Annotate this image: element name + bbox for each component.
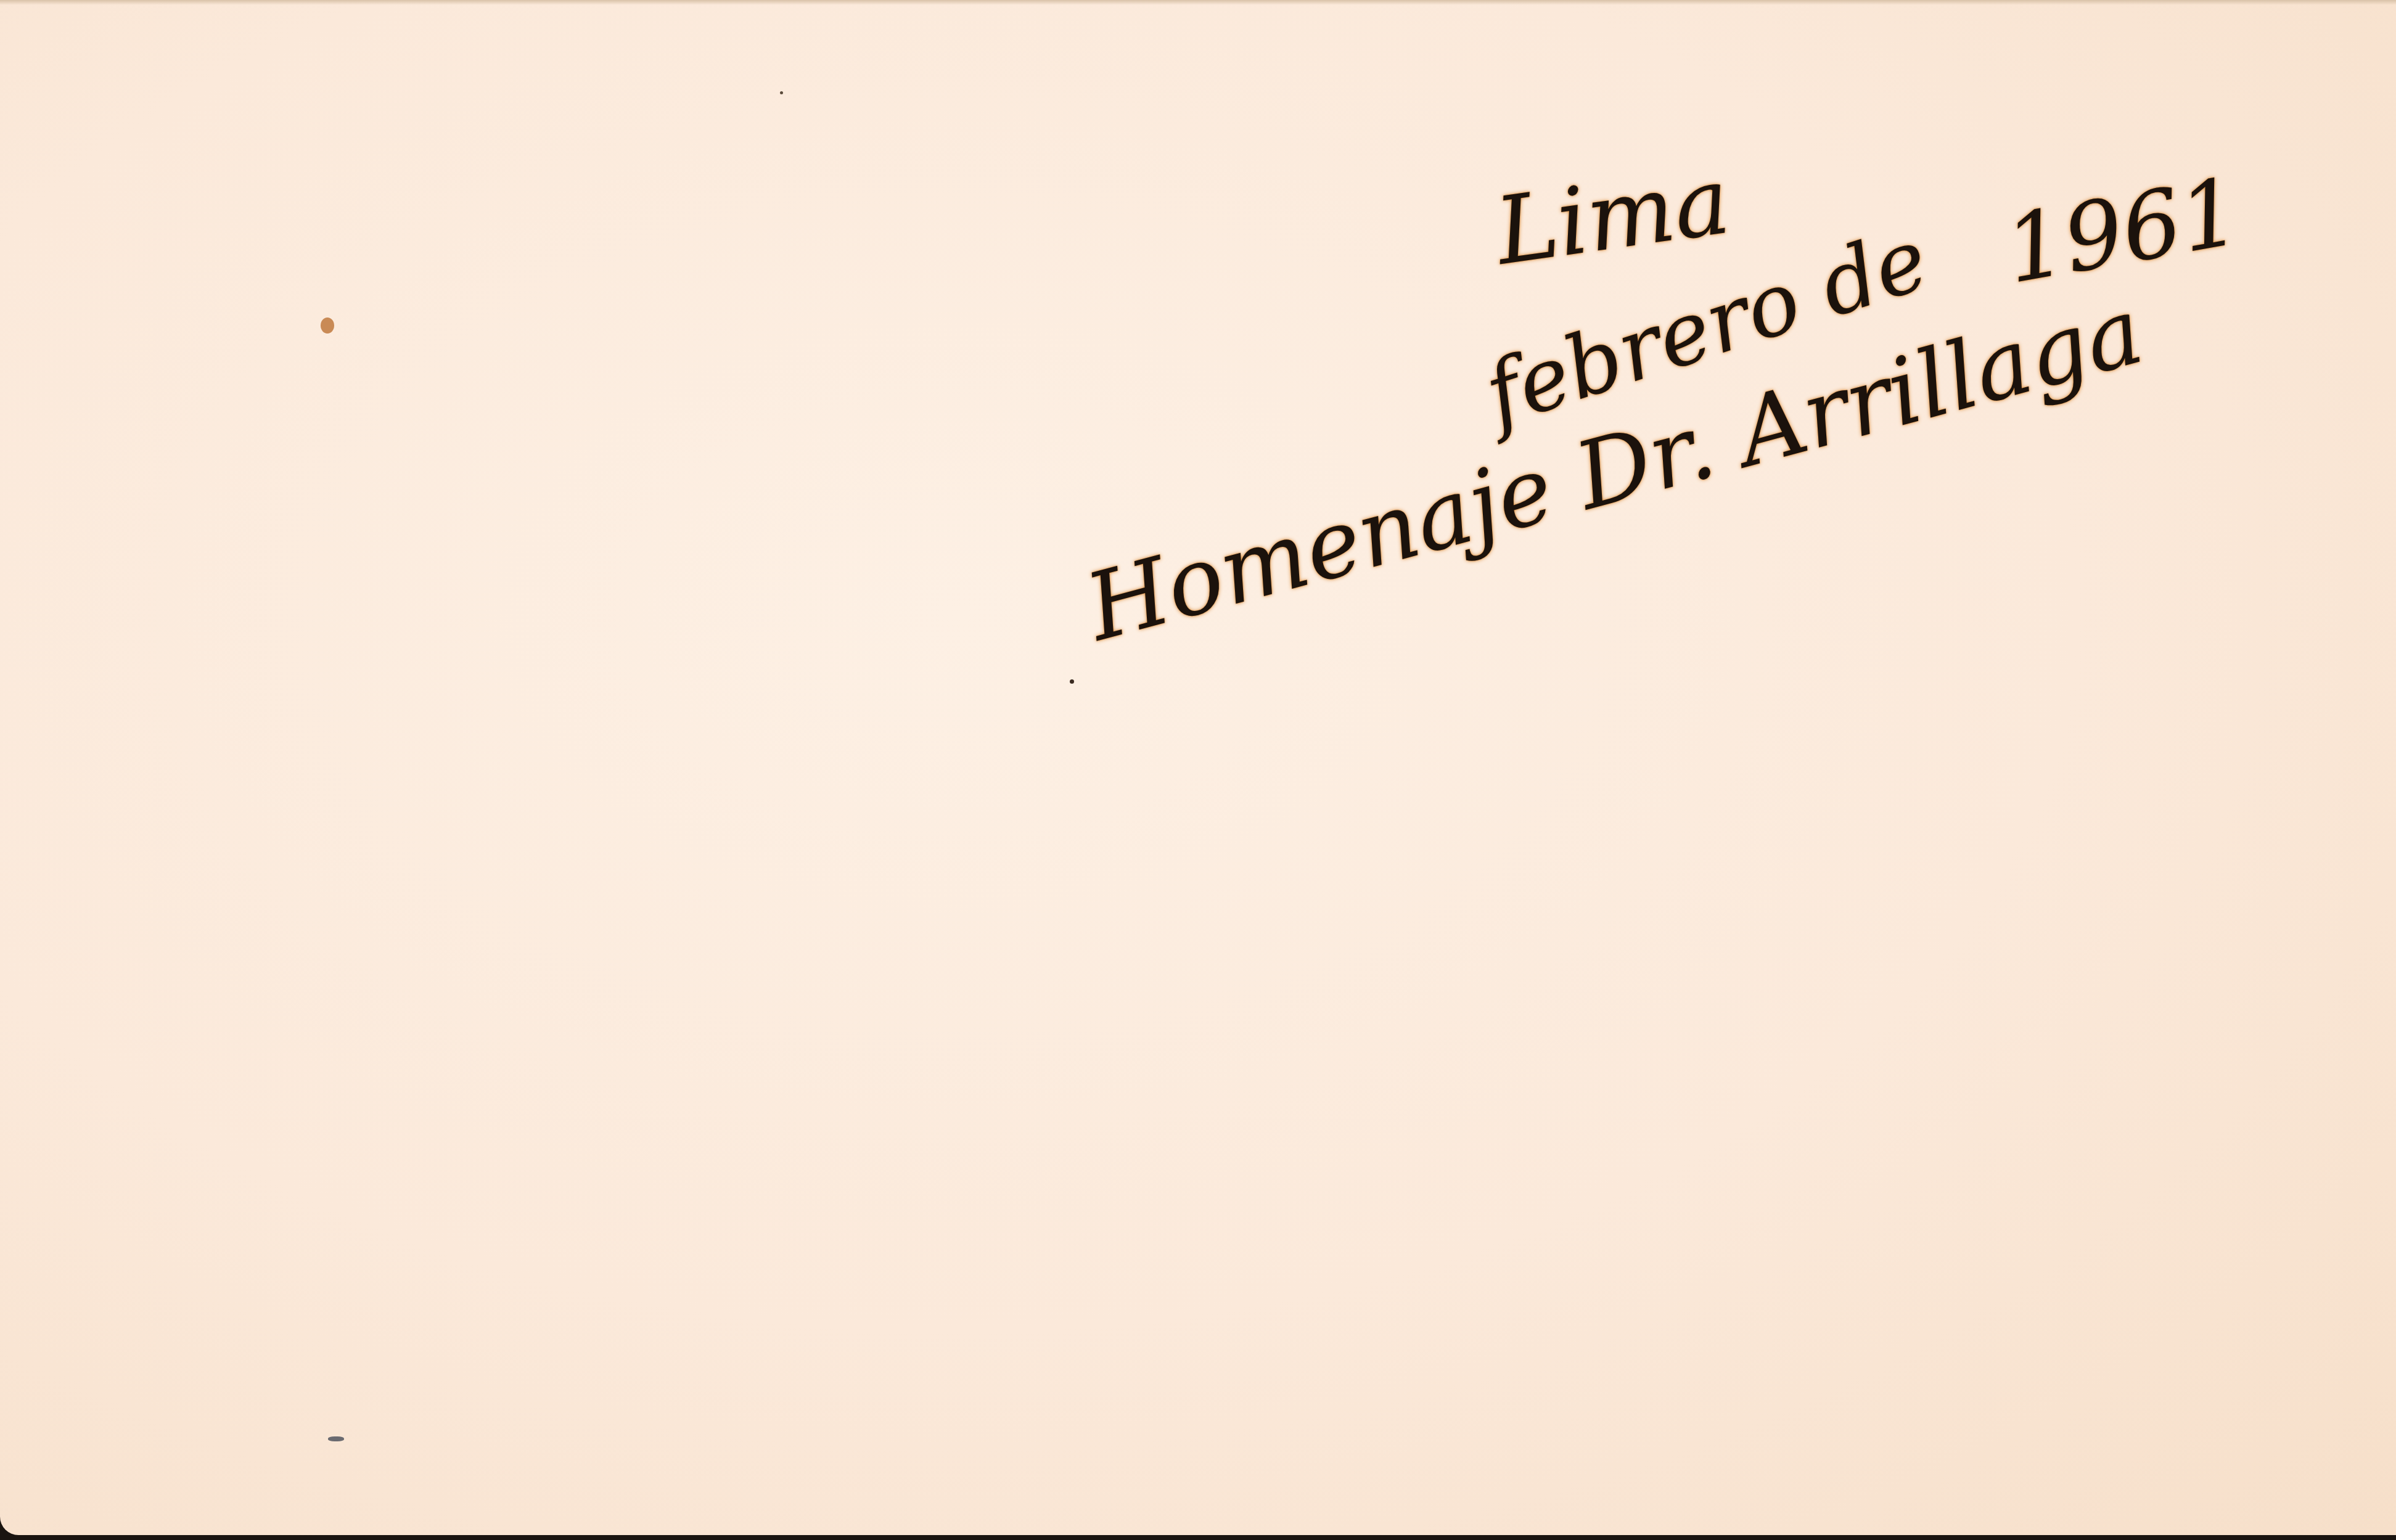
stain-mark — [321, 317, 334, 334]
dust-speck — [780, 91, 783, 94]
dust-speck — [328, 1436, 344, 1441]
handwritten-city: Lima — [1490, 147, 1736, 286]
ink-dot — [1070, 679, 1074, 684]
card: Lima 1961 febrero de Homenaje Dr. Arrill… — [0, 0, 2396, 1535]
card-top-edge — [0, 0, 2396, 5]
